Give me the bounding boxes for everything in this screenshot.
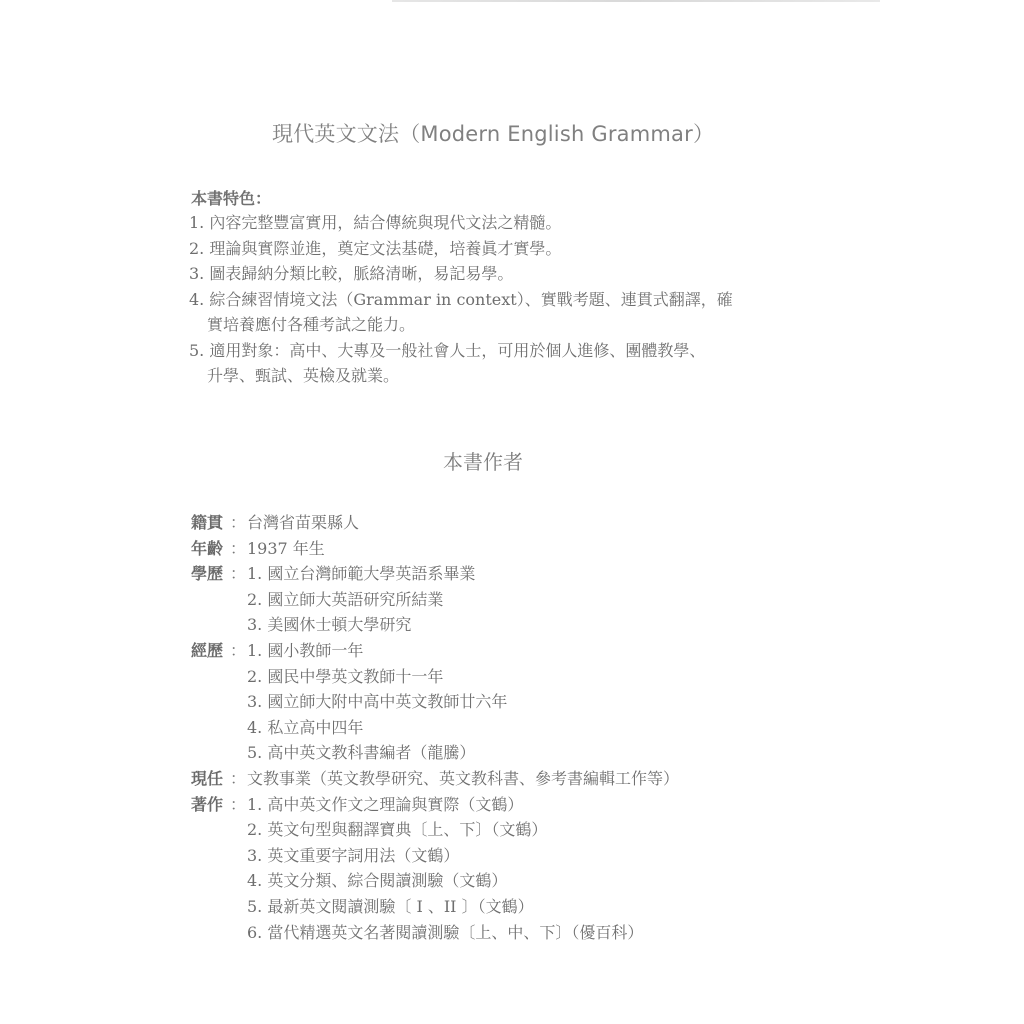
works-item-row: 5. 最新英文閱讀測驗〔 I 、II 〕（文鶴） — [191, 894, 679, 920]
works-item-row: 6. 當代精選英文名著閱讀測驗〔上、中、下〕（優百科） — [191, 920, 679, 946]
bio-label: 著作 — [191, 792, 229, 818]
experience-item: 3. 國立師大附中高中英文教師廿六年 — [247, 689, 507, 715]
works-item: 5. 最新英文閱讀測驗〔 I 、II 〕（文鶴） — [247, 894, 534, 920]
bio-value: 文教事業（英文教學研究、英文教科書、參考書編輯工作等） — [247, 766, 679, 792]
bio-colon: ： — [229, 638, 247, 664]
bio-label: 經歷 — [191, 638, 229, 664]
feature-item: 2. 理論與實際並進，奠定文法基礎，培養眞才實學。 — [189, 236, 733, 262]
works-item-row: 3. 英文重要字詞用法（文鶴） — [191, 843, 679, 869]
experience-item-row: 4. 私立高中四年 — [191, 715, 679, 741]
features-list: 1. 內容完整豐富實用，結合傳統與現代文法之精髓。 2. 理論與實際並進，奠定文… — [189, 210, 733, 389]
features-heading: 本書特色： — [191, 186, 271, 209]
experience-item-row: 5. 高中英文教科書編者（龍騰） — [191, 740, 679, 766]
author-heading: 本書作者 — [443, 446, 523, 475]
feature-item-continuation: 實培養應付各種考試之能力。 — [189, 312, 733, 338]
bio-colon: ： — [229, 561, 247, 587]
page-top-edge — [392, 0, 880, 2]
education-item: 3. 美國休士頓大學研究 — [247, 612, 411, 638]
bio-experience: 經歷 ： 1. 國小教師一年 — [191, 638, 679, 664]
experience-item: 5. 高中英文教科書編者（龍騰） — [247, 740, 475, 766]
bio-label: 學歷 — [191, 561, 229, 587]
bio-education: 學歷 ： 1. 國立台灣師範大學英語系畢業 — [191, 561, 679, 587]
works-item-row: 4. 英文分類、綜合閱讀測驗（文鶴） — [191, 868, 679, 894]
bio-colon: ： — [229, 510, 247, 536]
works-item: 1. 高中英文作文之理論與實際（文鶴） — [247, 792, 523, 818]
experience-item-row: 3. 國立師大附中高中英文教師廿六年 — [191, 689, 679, 715]
works-item-row: 2. 英文句型與翻譯寶典〔上、下〕（文鶴） — [191, 817, 679, 843]
works-item: 4. 英文分類、綜合閱讀測驗（文鶴） — [247, 868, 507, 894]
bio-value: 1937 年生 — [247, 536, 325, 562]
bio-native-place: 籍貫 ： 台灣省苗栗縣人 — [191, 510, 679, 536]
bio-colon: ： — [229, 766, 247, 792]
author-bio: 籍貫 ： 台灣省苗栗縣人 年齡 ： 1937 年生 學歷 ： 1. 國立台灣師範… — [191, 510, 679, 945]
bio-label: 現任 — [191, 766, 229, 792]
works-item: 2. 英文句型與翻譯寶典〔上、下〕（文鶴） — [247, 817, 547, 843]
feature-item: 3. 圖表歸納分類比較，脈絡清晰，易記易學。 — [189, 261, 733, 287]
bio-colon: ： — [229, 792, 247, 818]
bio-works: 著作 ： 1. 高中英文作文之理論與實際（文鶴） — [191, 792, 679, 818]
feature-item-continuation: 升學、甄試、英檢及就業。 — [189, 363, 733, 389]
education-item: 1. 國立台灣師範大學英語系畢業 — [247, 561, 475, 587]
bio-current-position: 現任 ： 文教事業（英文教學研究、英文教科書、參考書編輯工作等） — [191, 766, 679, 792]
bio-age: 年齡 ： 1937 年生 — [191, 536, 679, 562]
experience-item-row: 2. 國民中學英文教師十一年 — [191, 664, 679, 690]
education-item: 2. 國立師大英語研究所結業 — [247, 587, 443, 613]
bio-value: 台灣省苗栗縣人 — [247, 510, 359, 536]
book-title: 現代英文文法（Modern English Grammar） — [272, 118, 714, 148]
bio-label: 年齡 — [191, 536, 229, 562]
feature-item: 4. 綜合練習情境文法（Grammar in context）、實戰考題、連貫式… — [189, 287, 733, 313]
education-item-row: 3. 美國休士頓大學研究 — [191, 612, 679, 638]
feature-item: 5. 適用對象：高中、大專及一般社會人士，可用於個人進修、團體教學、 — [189, 338, 733, 364]
works-item: 6. 當代精選英文名著閱讀測驗〔上、中、下〕（優百科） — [247, 920, 643, 946]
feature-item: 1. 內容完整豐富實用，結合傳統與現代文法之精髓。 — [189, 210, 733, 236]
bio-label: 籍貫 — [191, 510, 229, 536]
education-item-row: 2. 國立師大英語研究所結業 — [191, 587, 679, 613]
experience-item: 4. 私立高中四年 — [247, 715, 363, 741]
experience-item: 1. 國小教師一年 — [247, 638, 363, 664]
works-item: 3. 英文重要字詞用法（文鶴） — [247, 843, 459, 869]
experience-item: 2. 國民中學英文教師十一年 — [247, 664, 443, 690]
bio-colon: ： — [229, 536, 247, 562]
